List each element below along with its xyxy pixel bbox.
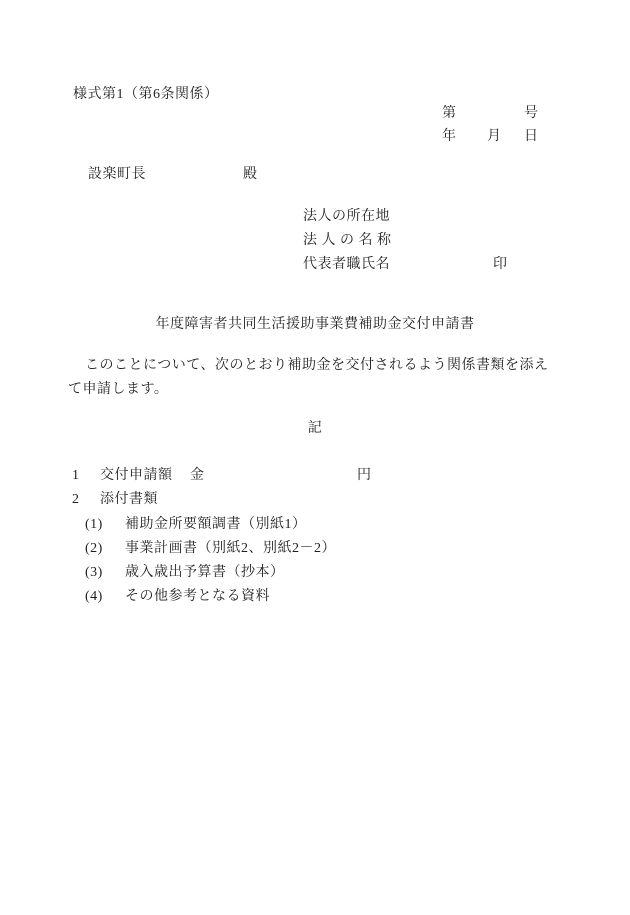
doc-number-suffix: 号 (524, 105, 539, 123)
attachment-1-number: (1) (85, 516, 103, 534)
amount-currency-suffix: 円 (357, 467, 372, 485)
attachment-4-number: (4) (85, 588, 103, 606)
applicant-address-label: 法人の所在地 (303, 208, 390, 226)
item1-number: 1 (72, 467, 80, 485)
seal-mark: 印 (493, 256, 508, 274)
attachment-1-text: 補助金所要額調書（別紙1） (125, 516, 307, 534)
item2-number: 2 (72, 491, 80, 509)
doc-number-prefix: 第 (442, 105, 457, 123)
document-page: 様式第1（第6条関係） 第 号 年 月 日 設楽町長 殿 法人の所在地 法人の名… (0, 0, 630, 915)
body-paragraph-line2: て申請します。 (68, 381, 168, 399)
attachment-3-text: 歳入歳出予算書（抄本） (125, 564, 285, 582)
document-title: 年度障害者共同生活援助事業費補助金交付申請書 (0, 316, 630, 334)
form-number-label: 様式第1（第6条関係） (73, 86, 219, 104)
note-marker: 記 (0, 420, 630, 438)
applicant-representative-label: 代表者職氏名 (303, 256, 390, 274)
date-day-label: 日 (524, 128, 539, 146)
date-year-label: 年 (442, 128, 457, 146)
addressee-honorific: 殿 (243, 166, 258, 184)
date-month-label: 月 (487, 128, 502, 146)
addressee-name: 設楽町長 (88, 166, 146, 184)
attachment-2-number: (2) (85, 540, 103, 558)
amount-currency-prefix: 金 (190, 467, 205, 485)
item2-label: 添付書類 (100, 491, 158, 509)
attachment-4-text: その他参考となる資料 (125, 588, 270, 606)
item1-label: 交付申請額 (100, 467, 173, 485)
attachment-2-text: 事業計画書（別紙2、別紙2－2） (125, 540, 336, 558)
applicant-name-label: 法人の名称 (303, 232, 396, 250)
body-paragraph-line1: このことについて、次のとおり補助金を交付されるよう関係書類を添え (85, 357, 548, 375)
attachment-3-number: (3) (85, 564, 103, 582)
